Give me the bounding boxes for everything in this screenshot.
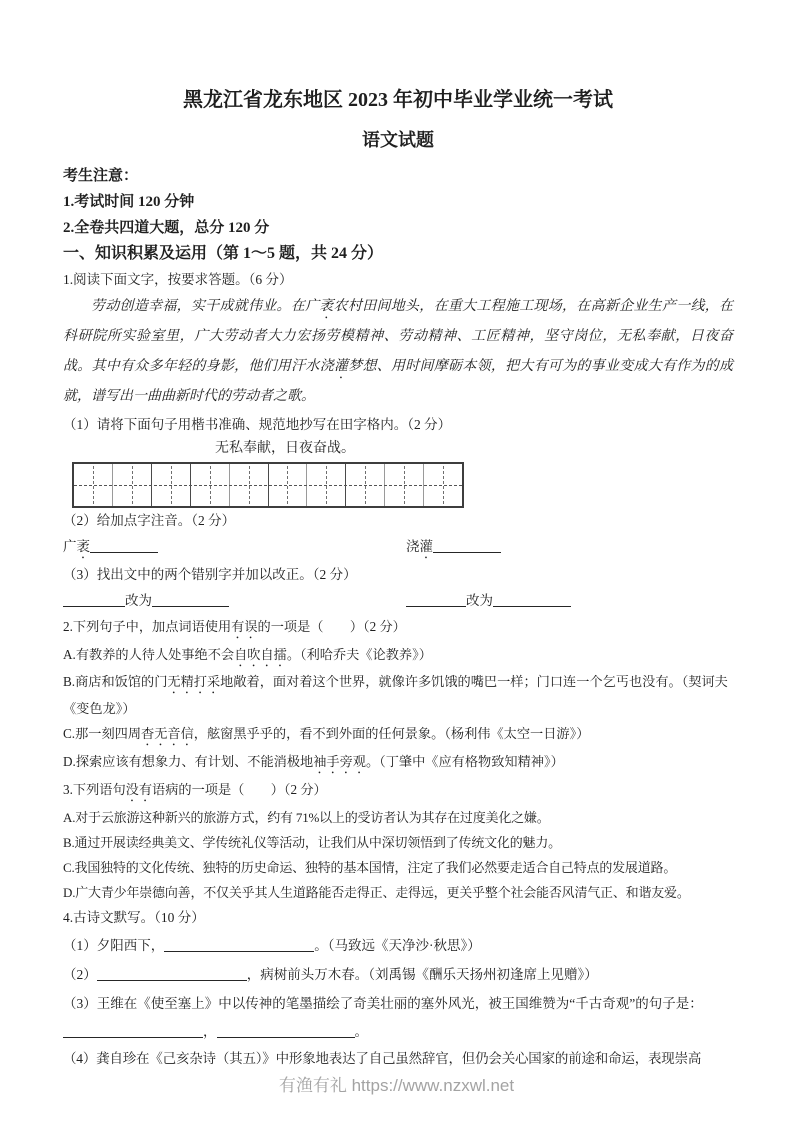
tianzige-centerline <box>74 485 462 486</box>
option-text: D.探索应该有想象力、有计划、不能消极地 <box>63 754 313 769</box>
q1-passage: 劳动创造幸福，实干成就伟业。在广袤农村田间地头，在重大工程施工现场，在高新企业生… <box>63 292 733 412</box>
passage-dotted-char: 袤 <box>319 299 333 314</box>
notice-item-2: 2.全卷共四道大题，总分 120 分 <box>63 215 733 241</box>
q4-item-1: （1）夕阳西下，。（马致远《天净沙·秋思》） <box>63 931 733 960</box>
q3-option-d: D.广大青少年崇德向善，不仅关乎其人生道路能否走得正、走得远，更关乎整个社会能否… <box>63 880 733 905</box>
q4-item-text: ，病树前头万木春。（刘禹锡《酬乐天扬州初逢席上见赠》） <box>247 967 598 982</box>
q2-stem-dotted: 有误 <box>231 619 257 634</box>
passage-text: 劳动创造幸福，实干成就伟业。在广 <box>91 299 319 314</box>
option-text: 。（利哈乔夫《论教养》） <box>287 647 432 662</box>
q1-sub3-answer-line: 改为改为 <box>63 588 733 614</box>
option-text: A.有教养的人待人处事绝不会 <box>63 647 234 662</box>
q4-item-3-answer-line: ，。 <box>63 1018 733 1045</box>
q4-stem: 4.古诗文默写。（10 分） <box>63 905 733 931</box>
q2-stem-text: 2.下列句子中，加点词语使用 <box>63 619 231 634</box>
pinyin-word-2-dotted: 灌 <box>420 539 434 554</box>
option-dotted-word: 无精打采 <box>167 674 220 689</box>
q4-item-text: ， <box>203 1024 217 1039</box>
answer-blank <box>406 592 466 607</box>
q3-stem-dotted: 没有 <box>126 782 152 797</box>
q4-item-3: （3）王维在《使至塞上》中以传神的笔墨描绘了奇美壮丽的塞外风光，被王国维赞为“千… <box>63 989 733 1018</box>
q1-sub1-stem: （1）请将下面句子用楷书准确、规范地抄写在田字格内。（2 分） <box>63 412 733 437</box>
notice-item-1: 1.考试时间 120 分钟 <box>63 189 733 215</box>
option-dotted-word: 杳无音信 <box>141 726 194 741</box>
q4-item-2: （2），病树前头万木春。（刘禹锡《酬乐天扬州初逢席上见赠》） <box>63 960 733 989</box>
q1-sub3-stem: （3）找出文中的两个错别字并加以改正。（2 分） <box>63 562 733 588</box>
answer-blank <box>164 937 314 952</box>
q4-item-text: 。 <box>355 1024 369 1039</box>
section1-heading: 一、知识积累及运用（第 1～5 题，共 24 分） <box>63 241 733 267</box>
pinyin-word-1: 广 <box>63 539 77 554</box>
q4-item-text: 。（马致远《天净沙·秋思》） <box>314 938 481 953</box>
q4-item-text: （2） <box>63 967 97 982</box>
option-text: 。（丁肇中《应有格物致知精神》） <box>366 754 564 769</box>
q1-sub2-stem: （2）给加点字注音。（2 分） <box>63 508 733 534</box>
option-text: C.那一刻四周 <box>63 726 141 741</box>
q3-option-c: C.我国独特的文化传统、独特的历史命运、独特的基本国情，注定了我们必然要走适合自… <box>63 855 733 880</box>
option-text: ，舷窗黑乎乎的，看不到外面的任何景象。（杨利伟《太空一日游》） <box>194 726 590 741</box>
q3-stem-text: 3.下列语句 <box>63 782 126 797</box>
passage-dotted-char: 灌 <box>334 359 348 374</box>
q2-option-d: D.探索应该有想象力、有计划、不能消极地袖手旁观。（丁肇中《应有格物致知精神》） <box>63 749 733 777</box>
gaiwei-label: 改为 <box>466 593 493 608</box>
option-dotted-word: 袖手旁观 <box>313 754 366 769</box>
page-title: 黑龙江省龙东地区 2023 年初中毕业学业统一考试 <box>63 88 733 112</box>
q2-option-b: B.商店和饭馆的门无精打采地敞着，面对着这个世界，就像许多饥饿的嘴巴一样；门口连… <box>63 670 733 721</box>
gaiwei-label: 改为 <box>125 593 152 608</box>
answer-blank <box>433 538 501 553</box>
option-dotted-word: 自吹自擂 <box>234 647 287 662</box>
q3-stem-text: 语病的一项是（ ）（2 分） <box>152 782 327 797</box>
q2-option-a: A.有教养的人待人处事绝不会自吹自擂。（利哈乔夫《论教养》） <box>63 642 733 670</box>
answer-blank <box>97 966 247 981</box>
answer-blank <box>217 1023 355 1038</box>
option-text: B.商店和饭馆的门 <box>63 674 167 689</box>
q3-stem: 3.下列语句没有语病的一项是（ ）（2 分） <box>63 777 733 805</box>
answer-blank <box>63 592 125 607</box>
page-subtitle: 语文试题 <box>63 128 733 152</box>
notice-heading: 考生注意： <box>63 164 733 189</box>
q1-sub2-answer-line: 广袤浇灌 <box>63 534 733 562</box>
q4-item-text: （1）夕阳西下， <box>63 938 164 953</box>
tianzige-grid <box>72 462 464 508</box>
q3-option-a: A.对于云旅游这种新兴的旅游方式，约有 71%以上的受访者认为其存在过度美化之嫌… <box>63 805 733 830</box>
pinyin-word-2: 浇 <box>406 539 420 554</box>
answer-blank <box>90 538 158 553</box>
q3-option-b: B.通过开展读经典美文、学传统礼仪等活动，让我们从中深切领悟到了传统文化的魅力。 <box>63 830 733 855</box>
exam-page: 黑龙江省龙东地区 2023 年初中毕业学业统一考试 语文试题 考生注意： 1.考… <box>0 0 793 1122</box>
footer-watermark: 有渔有礼 https://www.nzxwl.net <box>0 1071 793 1096</box>
pinyin-word-1-dotted: 袤 <box>77 539 91 554</box>
q4-item-4: （4）龚自珍在《己亥杂诗（其五）》中形象地表达了自己虽然辞官，但仍会关心国家的前… <box>63 1045 733 1073</box>
answer-blank <box>493 592 571 607</box>
q2-option-c: C.那一刻四周杳无音信，舷窗黑乎乎的，看不到外面的任何景象。（杨利伟《太空一日游… <box>63 721 733 749</box>
q1-stem: 1.阅读下面文字，按要求答题。（6 分） <box>63 267 733 292</box>
q1-copy-sentence: 无私奉献，日夜奋战。 <box>215 437 733 460</box>
q2-stem-text: 的一项是（ ）（2 分） <box>258 619 406 634</box>
answer-blank <box>63 1023 203 1038</box>
q2-stem: 2.下列句子中，加点词语使用有误的一项是（ ）（2 分） <box>63 614 733 642</box>
answer-blank <box>152 592 229 607</box>
